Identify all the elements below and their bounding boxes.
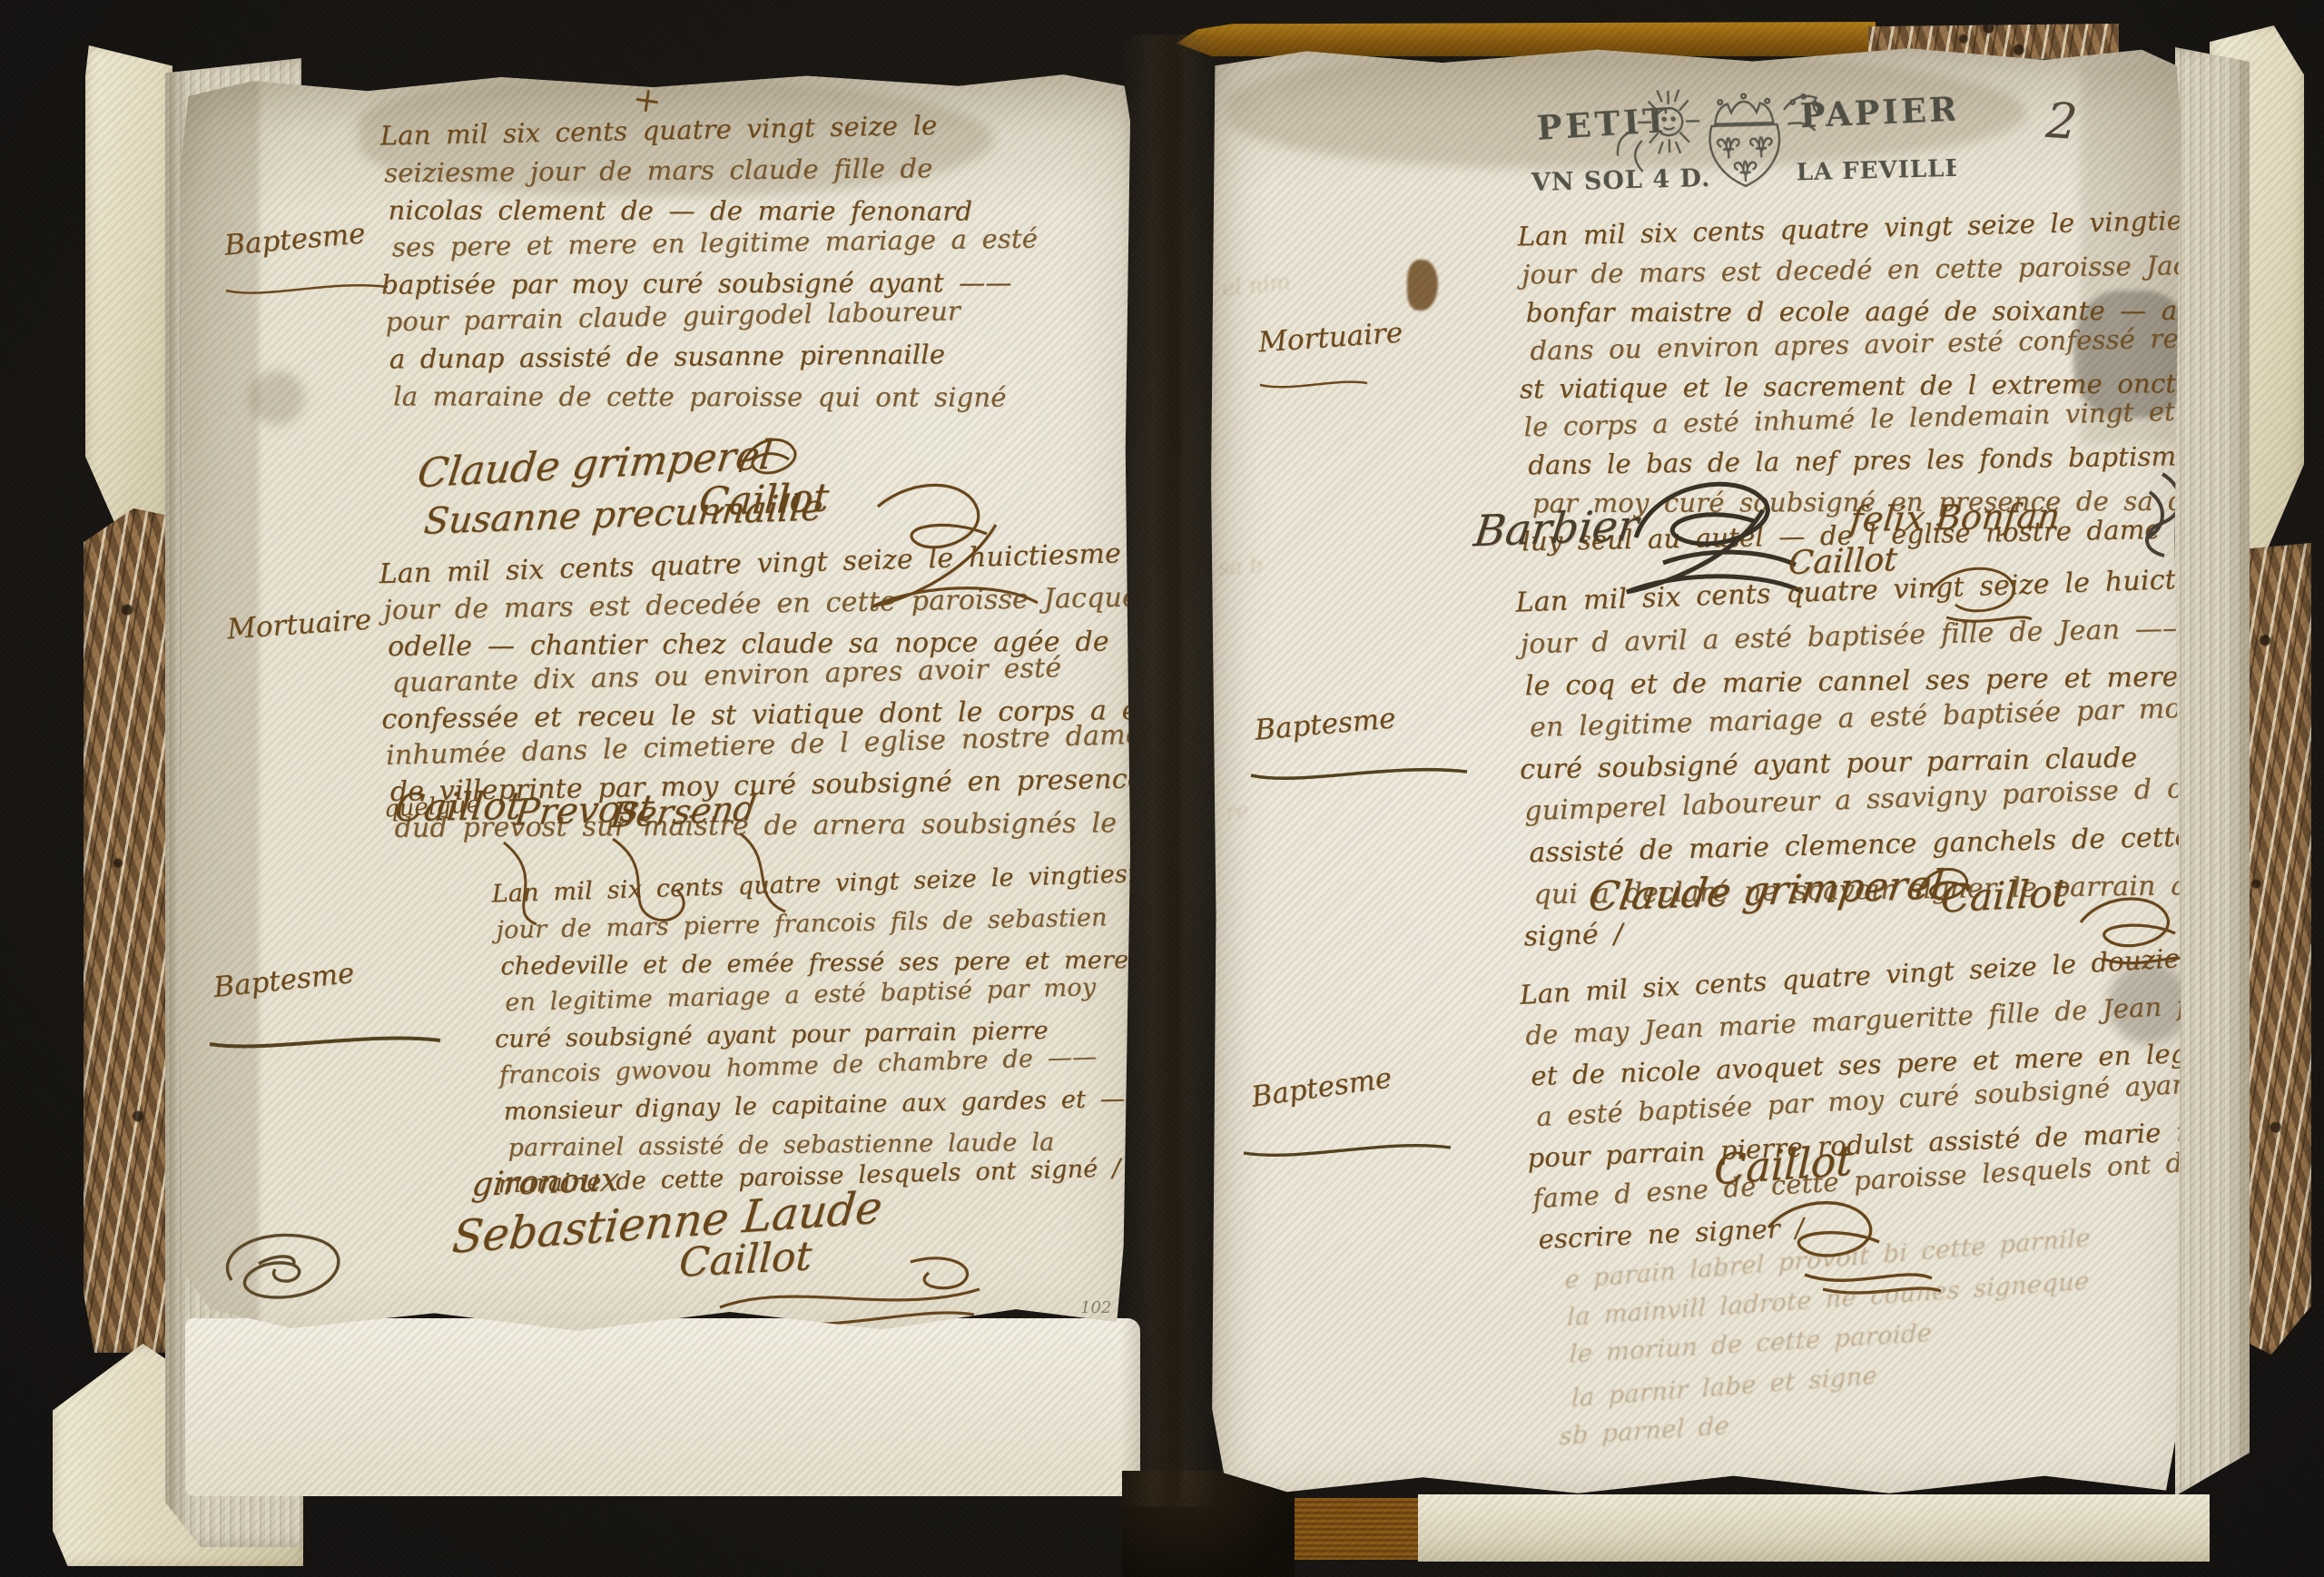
folio-number: 102 — [1080, 1298, 1111, 1317]
bleedthrough-line: la mainvill ladrote ne counes signeque — [1566, 1261, 2090, 1337]
margin-note-underline — [202, 1013, 448, 1059]
underlying-page-sheet — [185, 1318, 1140, 1496]
signature-gironoux: gironoux — [470, 1161, 621, 1204]
manuscript-line: seiziesme jour de mars claude fille de — [384, 148, 1116, 192]
margin-note-underline — [1255, 365, 1373, 396]
margin-note-baptesme: Baptesme — [212, 957, 356, 1004]
book-spine-top-edge — [1177, 22, 1876, 56]
bleedthrough-line: la parnir labe et signe — [1571, 1340, 2087, 1419]
left-manuscript-page: + Baptesme Lan mil six cents quatre ving… — [177, 71, 1130, 1335]
signature-caillot: Caillot — [392, 784, 524, 831]
signature-caillot: Caillot — [1940, 870, 2069, 922]
margin-note-underline — [1246, 748, 1472, 792]
baptism-entry-2: Lan mil six cents quatre vingt seize le … — [491, 863, 1142, 1204]
stamp-word-petit: PETIT — [1536, 100, 1673, 148]
gutter-shadow — [1120, 34, 1218, 1507]
marbled-cover-left — [84, 508, 174, 1353]
manuscript-line: la maraine de cette paroisse qui ont sig… — [393, 378, 1118, 416]
right-manuscript-page: PETIT VN SOL 4 D. PAPIER LA FEVILLE 2 Mo… — [1209, 45, 2181, 1496]
bleedthrough-fragment: el nim — [1221, 269, 1292, 301]
margin-note-baptesme: Baptesme — [1254, 702, 1397, 746]
signature-felix-bonfan: felix Bonfan — [1848, 496, 2062, 539]
baptism-entry-1: Lan mil six cents quatre vingt seize les… — [380, 111, 1118, 415]
margin-note-mortuaire: Mortuaire — [226, 603, 372, 646]
signature-caillot: Caillot — [1713, 1136, 1853, 1195]
book-block-bottom-edge — [1418, 1494, 2210, 1562]
signature-caillot: Caillot — [697, 475, 830, 525]
page-number: 2 — [2044, 92, 2080, 151]
ink-blot — [1407, 260, 1438, 310]
signature-barbier: Barbier — [1472, 501, 1641, 557]
edge-toning — [177, 80, 259, 1324]
fox-spot — [250, 370, 304, 425]
stamp-word-lafeville: LA FEVILLE — [1796, 155, 1957, 187]
revenue-stamp: PETIT VN SOL 4 D. PAPIER LA FEVILLE — [1527, 73, 1957, 222]
bleedthrough-fragment: re — [1224, 797, 1250, 825]
baptism-entry-2: Lan mil six cents quatre vingt seize le … — [1519, 942, 2239, 1260]
bleedthrough-line: le moriun de cette paroide — [1569, 1305, 2089, 1375]
manuscript-line: a dunap assisté de susanne pirennaille — [389, 334, 1118, 378]
stamp-word-papier: PAPIER — [1799, 89, 1957, 136]
bleedthrough-fragment: sa b — [1217, 552, 1264, 580]
archival-photo-of-open-register: + Baptesme Lan mil six cents quatre ving… — [0, 0, 2324, 1577]
page-stack-edge-right — [2175, 47, 2250, 1496]
bleedthrough-line: sb parnel de — [1559, 1384, 2086, 1458]
margin-note-baptesme: Baptesme — [1249, 1061, 1393, 1113]
margin-note-baptesme: Baptesme — [223, 217, 367, 261]
manuscript-line: Lan mil six cents quatre vingt seize le — [379, 103, 1116, 155]
marginal-doodle — [204, 1217, 359, 1316]
gutter-bottom-shadow — [1122, 1471, 1295, 1577]
fleur-de-lis-icon — [1718, 136, 1773, 182]
stamp-word-vnsol: VN SOL 4 D. — [1531, 164, 1711, 197]
margin-note-underline — [221, 263, 393, 301]
signature-bersend: Bersend — [608, 788, 759, 836]
margin-note-underline — [1238, 1126, 1456, 1168]
vellum-corner-top-left — [85, 45, 172, 559]
signature-caillot: Caillot — [678, 1233, 813, 1286]
crown-icon — [1715, 101, 1774, 124]
gutter-fold-line — [1175, 54, 1180, 1500]
margin-note-mortuaire: Mortuaire — [1257, 316, 1403, 359]
bleedthrough-text-block: e parain labrel provoit bi cette parnile… — [1559, 1221, 2092, 1459]
